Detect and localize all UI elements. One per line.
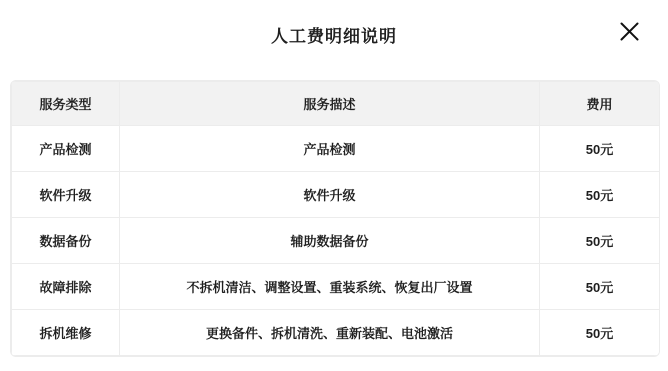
table-row: 拆机维修更换备件、拆机清洗、重新装配、电池激活50元 (12, 310, 660, 356)
close-button[interactable] (616, 18, 642, 44)
service-desc-cell: 更换备件、拆机清洗、重新装配、电池激活 (120, 310, 540, 356)
header-fee: 费用 (540, 82, 660, 126)
service-type-cell: 软件升级 (12, 172, 120, 218)
service-type-cell: 故障排除 (12, 264, 120, 310)
service-type-cell: 拆机维修 (12, 310, 120, 356)
header-service-desc: 服务描述 (120, 82, 540, 126)
table-row: 故障排除不拆机清洁、调整设置、重装系统、恢复出厂设置50元 (12, 264, 660, 310)
service-desc-cell: 产品检测 (120, 126, 540, 172)
dialog-header: 人工费明细说明 (0, 0, 668, 62)
page-title: 人工费明细说明 (0, 22, 668, 47)
header-service-type: 服务类型 (12, 82, 120, 126)
fee-cell: 50元 (540, 310, 660, 356)
fee-cell: 50元 (540, 126, 660, 172)
table-row: 软件升级软件升级50元 (12, 172, 660, 218)
fee-cell: 50元 (540, 218, 660, 264)
service-desc-cell: 不拆机清洁、调整设置、重装系统、恢复出厂设置 (120, 264, 540, 310)
service-desc-cell: 软件升级 (120, 172, 540, 218)
fee-cell: 50元 (540, 264, 660, 310)
fee-cell: 50元 (540, 172, 660, 218)
service-type-cell: 数据备份 (12, 218, 120, 264)
service-type-cell: 产品检测 (12, 126, 120, 172)
service-desc-cell: 辅助数据备份 (120, 218, 540, 264)
fee-table: 服务类型 服务描述 费用 产品检测产品检测50元软件升级软件升级50元数据备份辅… (10, 80, 660, 357)
table-row: 产品检测产品检测50元 (12, 126, 660, 172)
close-icon (619, 21, 640, 42)
labor-fee-dialog: 人工费明细说明 服务类型 服务描述 费用 (0, 0, 668, 371)
table-header-row: 服务类型 服务描述 费用 (12, 82, 660, 126)
table-row: 数据备份辅助数据备份50元 (12, 218, 660, 264)
